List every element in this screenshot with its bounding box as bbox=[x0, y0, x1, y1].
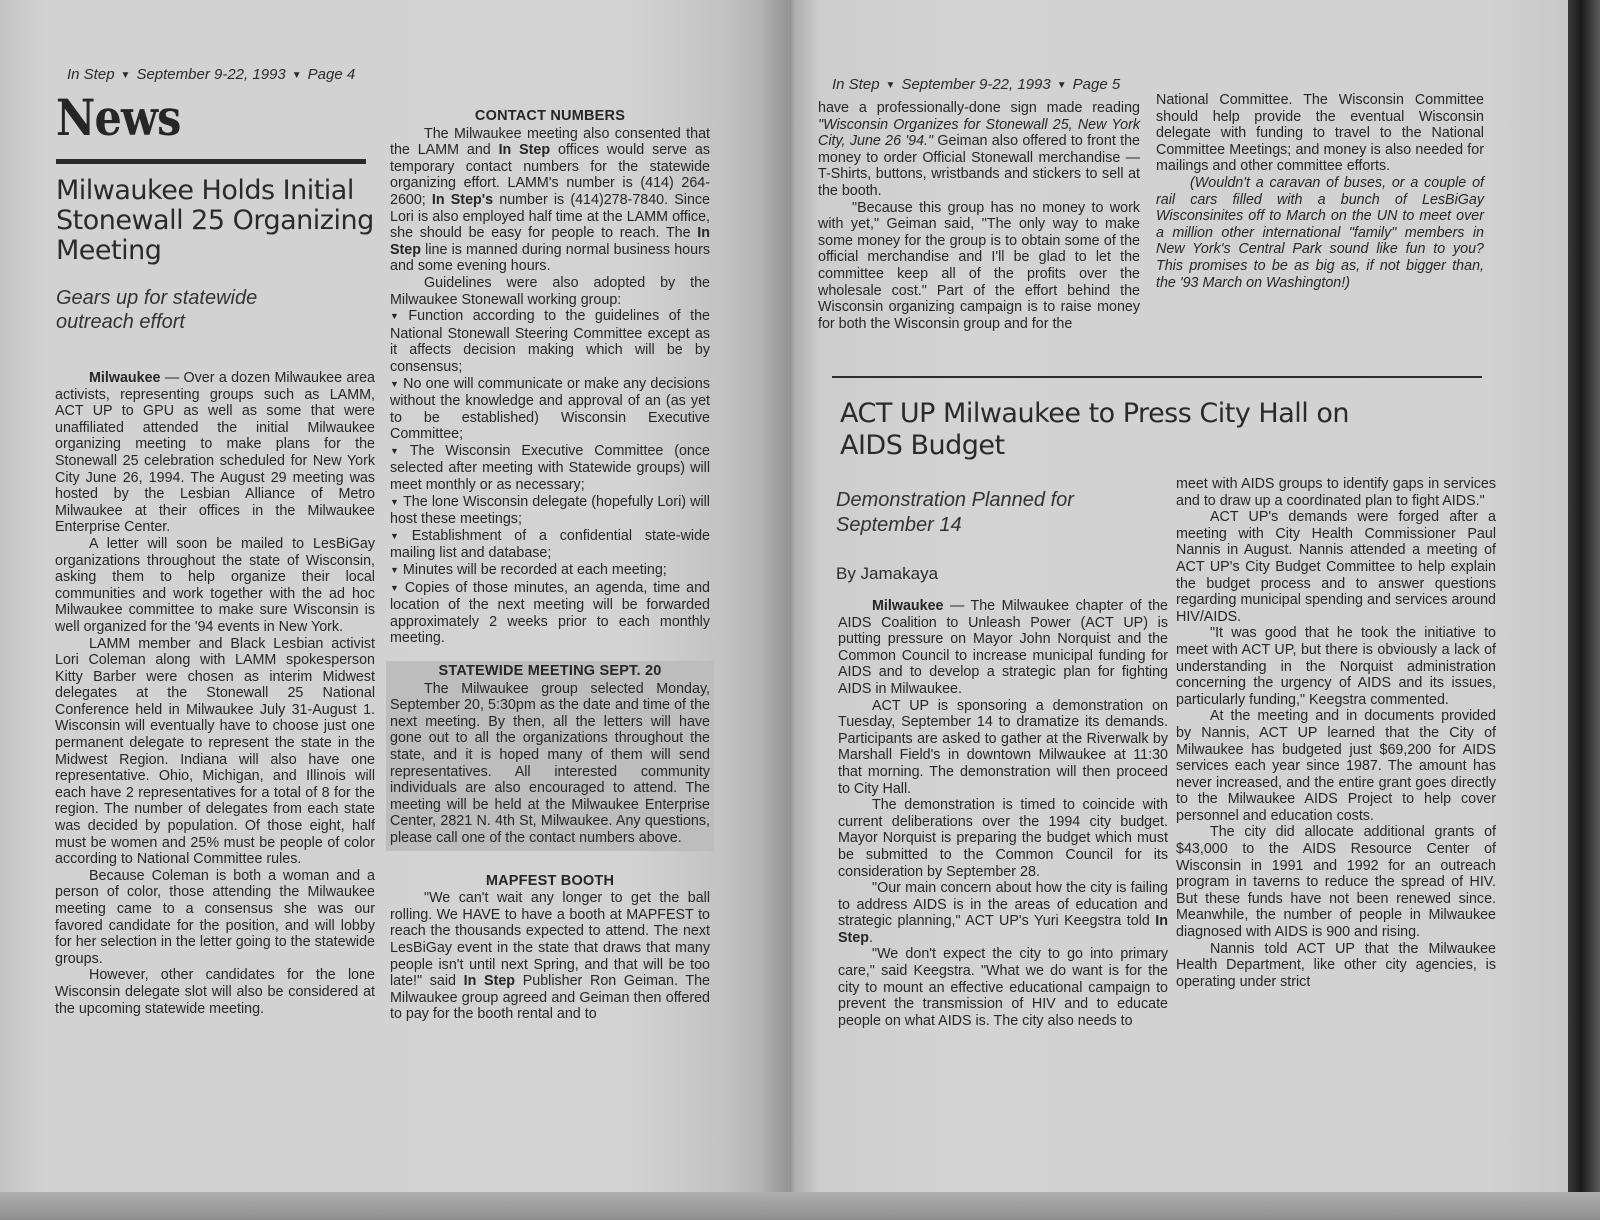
subhead-mapfest-booth: MAPFEST BOOTH bbox=[390, 873, 710, 890]
right-page: In Step▼September 9-22, 1993▼Page 5 have… bbox=[788, 0, 1568, 1220]
continued-paragraph: "Because this group has no money to work… bbox=[818, 200, 1140, 333]
folio-publication: In Step bbox=[832, 76, 880, 93]
continued-aside: (Wouldn't a caravan of buses, or a coupl… bbox=[1156, 175, 1484, 291]
article-paragraph: LAMM member and Black Lesbian activist L… bbox=[55, 636, 375, 868]
guideline-item: ▼The Wisconsin Executive Committee (once… bbox=[390, 443, 710, 494]
guideline-item: ▼No one will communicate or make any dec… bbox=[390, 376, 710, 443]
triangle-separator-icon: ▼ bbox=[121, 70, 131, 81]
right-page-folio: In Step▼September 9-22, 1993▼Page 5 bbox=[832, 76, 1120, 93]
newspaper-spread: In Step▼September 9-22, 1993▼Page 4 News… bbox=[0, 0, 1600, 1220]
continued-column-1: have a professionally-done sign made rea… bbox=[818, 100, 1140, 332]
article-headline: ACT UP Milwaukee to Press City Hall on A… bbox=[840, 398, 1400, 462]
bullet-triangle-icon: ▼ bbox=[390, 583, 401, 593]
section-rule-divider bbox=[56, 159, 366, 164]
guideline-item: ▼Minutes will be recorded at each meetin… bbox=[390, 562, 710, 580]
folio-date: September 9-22, 1993 bbox=[901, 76, 1050, 93]
bullet-triangle-icon: ▼ bbox=[390, 311, 404, 321]
dateline: Milwaukee bbox=[89, 370, 161, 386]
continued-paragraph: National Committee. The Wisconsin Commit… bbox=[1156, 92, 1484, 175]
bullet-triangle-icon: ▼ bbox=[390, 379, 399, 389]
statewide-meeting-paragraph: The Milwaukee group selected Monday, Sep… bbox=[390, 681, 710, 847]
article-headline: Milwaukee Holds Initial Stonewall 25 Org… bbox=[56, 176, 376, 266]
guideline-item: ▼Copies of those minutes, an agenda, tim… bbox=[390, 580, 710, 647]
article-column-2: meet with AIDS groups to identify gaps i… bbox=[1176, 476, 1496, 990]
article-divider-rule bbox=[832, 376, 1482, 378]
bullet-triangle-icon: ▼ bbox=[390, 446, 406, 456]
article-paragraph: ACT UP is sponsoring a demonstration on … bbox=[838, 698, 1168, 798]
folio-publication: In Step bbox=[67, 66, 115, 83]
contact-paragraph: The Milwaukee meeting also consented tha… bbox=[390, 126, 710, 275]
article-column-2: CONTACT NUMBERS The Milwaukee meeting al… bbox=[390, 108, 710, 1023]
article-paragraph: At the meeting and in documents provided… bbox=[1176, 708, 1496, 824]
left-page-folio: In Step▼September 9-22, 1993▼Page 4 bbox=[67, 66, 355, 83]
article-paragraph: ACT UP's demands were forged after a mee… bbox=[1176, 509, 1496, 625]
article-paragraph: "It was good that he took the initiative… bbox=[1176, 625, 1496, 708]
bullet-triangle-icon: ▼ bbox=[390, 531, 408, 541]
bullet-triangle-icon: ▼ bbox=[390, 497, 399, 507]
article-dek: Demonstration Planned for September 14 bbox=[836, 488, 1136, 538]
statewide-meeting-box: STATEWIDE MEETING SEPT. 20 The Milwaukee… bbox=[386, 661, 714, 851]
article-paragraph: A letter will soon be mailed to LesBiGay… bbox=[55, 536, 375, 636]
folio-page-number: Page 4 bbox=[308, 66, 356, 83]
continued-paragraph: have a professionally-done sign made rea… bbox=[818, 100, 1140, 200]
page-bottom-edge bbox=[0, 1192, 1600, 1220]
triangle-separator-icon: ▼ bbox=[1057, 80, 1067, 91]
left-page: In Step▼September 9-22, 1993▼Page 4 News… bbox=[0, 0, 788, 1220]
mapfest-paragraph: "We can't wait any longer to get the bal… bbox=[390, 890, 710, 1023]
article-dek: Gears up for statewide outreach effort bbox=[56, 286, 316, 334]
article-paragraph: Nannis told ACT UP that the Milwaukee He… bbox=[1176, 941, 1496, 991]
byline: By Jamakaya bbox=[836, 564, 938, 584]
article-paragraph: meet with AIDS groups to identify gaps i… bbox=[1176, 476, 1496, 509]
article-paragraph: "Our main concern about how the city is … bbox=[838, 880, 1168, 946]
article-paragraph: Milwaukee — The Milwaukee chapter of the… bbox=[838, 598, 1168, 698]
guidelines-intro: Guidelines were also adopted by the Milw… bbox=[390, 275, 710, 308]
folio-date: September 9-22, 1993 bbox=[136, 66, 285, 83]
article-paragraph: The demonstration is timed to coincide w… bbox=[838, 797, 1168, 880]
article-column-1: Milwaukee — The Milwaukee chapter of the… bbox=[838, 598, 1168, 1029]
article-column-1: Milwaukee — Over a dozen Milwaukee area … bbox=[55, 370, 375, 1017]
article-paragraph: Because Coleman is both a woman and a pe… bbox=[55, 868, 375, 968]
page-edge-dark bbox=[1568, 0, 1600, 1220]
subhead-contact-numbers: CONTACT NUMBERS bbox=[390, 108, 710, 125]
article-paragraph: However, other candidates for the lone W… bbox=[55, 967, 375, 1017]
folio-page-number: Page 5 bbox=[1073, 76, 1121, 93]
triangle-separator-icon: ▼ bbox=[886, 80, 896, 91]
bullet-triangle-icon: ▼ bbox=[390, 565, 399, 575]
guideline-item: ▼Establishment of a confidential state-w… bbox=[390, 528, 710, 562]
continued-column-2: National Committee. The Wisconsin Commit… bbox=[1156, 92, 1484, 291]
dateline: Milwaukee bbox=[872, 598, 944, 614]
subhead-statewide-meeting: STATEWIDE MEETING SEPT. 20 bbox=[390, 663, 710, 680]
article-paragraph: "We don't expect the city to go into pri… bbox=[838, 946, 1168, 1029]
guideline-item: ▼The lone Wisconsin delegate (hopefully … bbox=[390, 494, 710, 528]
article-paragraph: The city did allocate additional grants … bbox=[1176, 824, 1496, 940]
section-title: News bbox=[56, 88, 180, 147]
triangle-separator-icon: ▼ bbox=[292, 70, 302, 81]
article-paragraph: Milwaukee — Over a dozen Milwaukee area … bbox=[55, 370, 375, 536]
guideline-item: ▼Function according to the guidelines of… bbox=[390, 308, 710, 375]
